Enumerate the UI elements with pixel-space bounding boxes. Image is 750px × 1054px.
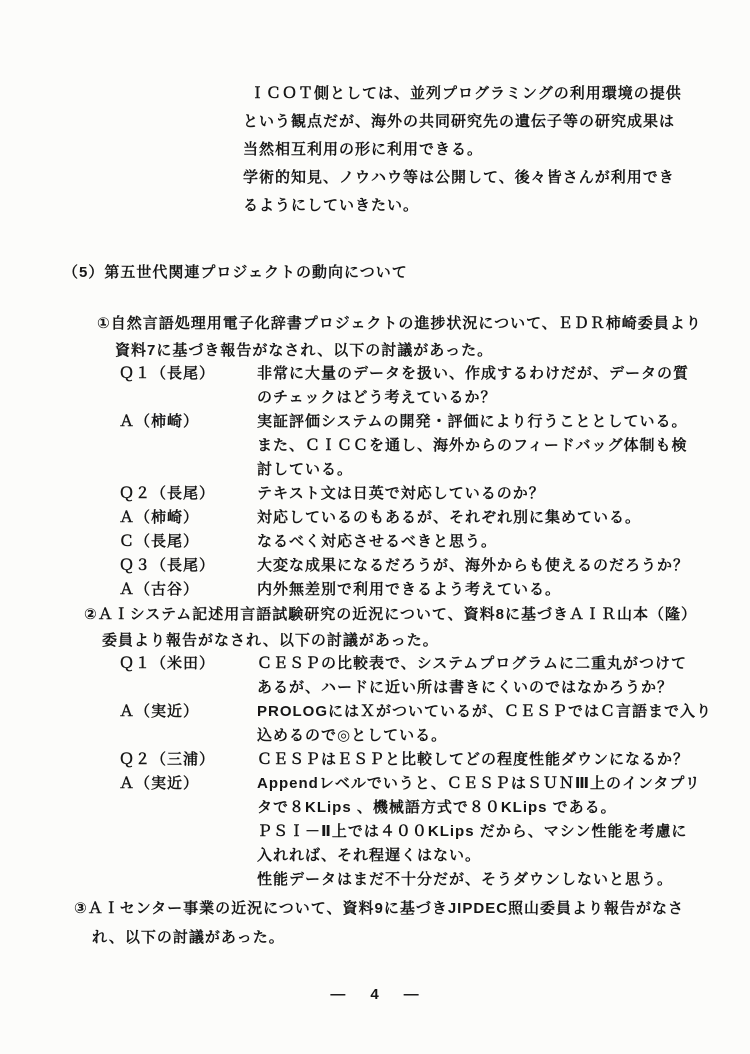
qa-answer-text: PROLOGにはＸがついているが、ＣＥＳＰではＣ言語まで入り 込めるので◎として… [257,700,719,748]
intro-line: 学術的知見、ノウハウ等は公開して、後々皆さんが利用でき [243,164,723,192]
qa-answer-text: 実証評価システムの開発・評価により行うこととしている。 また、ＣＩＣＣを通し、海… [257,410,719,482]
qa-line: PROLOGにはＸがついているが、ＣＥＳＰではＣ言語まで入り [257,700,719,724]
qa-row: Ｑ２（三浦） ＣＥＳＰはＥＳＰと比較してどの程度性能ダウンになるか？ [119,748,719,772]
footer-left-dash: — [330,986,346,1003]
qa-speaker-label: Ｃ（長尾） [119,530,199,554]
qa-line: のチェックはどう考えているか？ [257,386,719,410]
qa-speaker-label: Ｑ１（米田） [119,652,215,676]
qa-answer-text: 大変な成果になるだろうが、海外からも使えるのだろうか？ [257,554,719,578]
qa-line: 性能データはまだ不十分だが、そうダウンしないと思う。 [257,868,719,892]
topic1-qa-list: Ｑ１（長尾） 非常に大量のデータを扱い、作成するわけだが、データの質 のチェック… [119,362,719,602]
qa-line: 大変な成果になるだろうが、海外からも使えるのだろうか？ [257,554,719,578]
qa-answer-text: 対応しているのもあるが、それぞれ別に集めている。 [257,506,719,530]
topic2-heading-line: 委員より報告がなされ、以下の討議があった。 [84,628,697,654]
qa-line: タで８KLips 、機械語方式で８０KLips である。 [257,796,719,820]
qa-row: Ａ（柿崎） 対応しているのもあるが、それぞれ別に集めている。 [119,506,719,530]
qa-line: なるべく対応させるべきと思う。 [257,530,719,554]
topic3-heading: ③ＡＩセンター事業の近況について、資料9に基づきJIPDEC照山委員より報告がな… [74,894,684,952]
qa-row: Ｑ１（長尾） 非常に大量のデータを扱い、作成するわけだが、データの質 のチェック… [119,362,719,410]
topic2-qa-list: Ｑ１（米田） ＣＥＳＰの比較表で、システムプログラムに二重丸がつけて あるが、ハ… [119,652,719,892]
qa-line: 対応しているのもあるが、それぞれ別に集めている。 [257,506,719,530]
qa-speaker-label: Ａ（古谷） [119,578,199,602]
qa-speaker-label: Ａ（柿崎） [119,410,199,434]
qa-row: Ａ（古谷） 内外無差別で利用できるよう考えている。 [119,578,719,602]
qa-answer-text: ＣＥＳＰの比較表で、システムプログラムに二重丸がつけて あるが、ハードに近い所は… [257,652,719,700]
intro-line: 当然相互利用の形に利用できる。 [243,136,723,164]
qa-line: また、ＣＩＣＣを通し、海外からのフィードバッグ体制も検 [257,434,719,458]
section5-heading: （5）第五世代関連プロジェクトの動向について [63,261,408,282]
qa-line: ＣＥＳＰはＥＳＰと比較してどの程度性能ダウンになるか？ [257,748,719,772]
qa-line: ＰＳＩ－Ⅱ上では４００KLips だから、マシン性能を考慮に [257,820,719,844]
topic3-heading-line: ③ＡＩセンター事業の近況について、資料9に基づきJIPDEC照山委員より報告がな… [74,894,684,923]
topic1-heading: ①自然言語処理用電子化辞書プロジェクトの進捗状況について、ＥＤＲ柿崎委員より 資… [97,310,702,364]
qa-line: 討している。 [257,458,719,482]
qa-row: Ｃ（長尾） なるべく対応させるべきと思う。 [119,530,719,554]
topic2-heading: ②ＡＩシステム記述用言語試験研究の近況について、資料8に基づきＡＩＲ山本（隆） … [84,602,697,654]
qa-line: 込めるので◎としている。 [257,724,719,748]
qa-speaker-label: Ａ（実近） [119,772,199,796]
topic1-heading-line: 資料7に基づき報告がなされ、以下の討議があった。 [97,337,702,364]
qa-line: Appendレベルでいうと、ＣＥＳＰはＳＵＮⅢ上のインタプリ [257,772,719,796]
intro-line: という観点だが、海外の共同研究先の遺伝子等の研究成果は [243,108,723,136]
qa-line: 実証評価システムの開発・評価により行うこととしている。 [257,410,719,434]
qa-speaker-label: Ｑ２（長尾） [119,482,215,506]
topic2-heading-line: ②ＡＩシステム記述用言語試験研究の近況について、資料8に基づきＡＩＲ山本（隆） [84,602,697,628]
intro-line: るようにしていきたい。 [243,192,723,220]
qa-line: 内外無差別で利用できるよう考えている。 [257,578,719,602]
document-page: ＩＣＯＴ側としては、並列プログラミングの利用環境の提供 という観点だが、海外の共… [0,0,750,1054]
intro-paragraph: ＩＣＯＴ側としては、並列プログラミングの利用環境の提供 という観点だが、海外の共… [243,80,723,220]
footer-right-dash: — [404,986,420,1003]
qa-answer-text: 非常に大量のデータを扱い、作成するわけだが、データの質 のチェックはどう考えてい… [257,362,719,410]
qa-answer-text: テキスト文は日英で対応しているのか？ [257,482,719,506]
qa-row: Ｑ１（米田） ＣＥＳＰの比較表で、システムプログラムに二重丸がつけて あるが、ハ… [119,652,719,700]
page-footer: —4— [0,986,750,1003]
qa-row: Ａ（柿崎） 実証評価システムの開発・評価により行うこととしている。 また、ＣＩＣ… [119,410,719,482]
qa-line: 入れれば、それ程遅くはない。 [257,844,719,868]
intro-line: ＩＣＯＴ側としては、並列プログラミングの利用環境の提供 [243,80,723,108]
qa-line: 非常に大量のデータを扱い、作成するわけだが、データの質 [257,362,719,386]
qa-row: Ｑ２（長尾） テキスト文は日英で対応しているのか？ [119,482,719,506]
qa-speaker-label: Ｑ２（三浦） [119,748,215,772]
qa-line: あるが、ハードに近い所は書きにくいのではなかろうか？ [257,676,719,700]
qa-speaker-label: Ａ（柿崎） [119,506,199,530]
qa-row: Ａ（実近） Appendレベルでいうと、ＣＥＳＰはＳＵＮⅢ上のインタプリ タで８… [119,772,719,892]
qa-row: Ｑ３（長尾） 大変な成果になるだろうが、海外からも使えるのだろうか？ [119,554,719,578]
topic3-heading-line: れ、以下の討議があった。 [74,923,684,952]
qa-speaker-label: Ｑ３（長尾） [119,554,215,578]
qa-row: Ａ（実近） PROLOGにはＸがついているが、ＣＥＳＰではＣ言語まで入り 込める… [119,700,719,748]
qa-answer-text: 内外無差別で利用できるよう考えている。 [257,578,719,602]
qa-answer-text: ＣＥＳＰはＥＳＰと比較してどの程度性能ダウンになるか？ [257,748,719,772]
qa-speaker-label: Ａ（実近） [119,700,199,724]
page-number: 4 [370,986,379,1003]
qa-speaker-label: Ｑ１（長尾） [119,362,215,386]
qa-answer-text: なるべく対応させるべきと思う。 [257,530,719,554]
qa-line: ＣＥＳＰの比較表で、システムプログラムに二重丸がつけて [257,652,719,676]
qa-line: テキスト文は日英で対応しているのか？ [257,482,719,506]
qa-answer-text: Appendレベルでいうと、ＣＥＳＰはＳＵＮⅢ上のインタプリ タで８KLips … [257,772,719,892]
topic1-heading-line: ①自然言語処理用電子化辞書プロジェクトの進捗状況について、ＥＤＲ柿崎委員より [97,310,702,337]
